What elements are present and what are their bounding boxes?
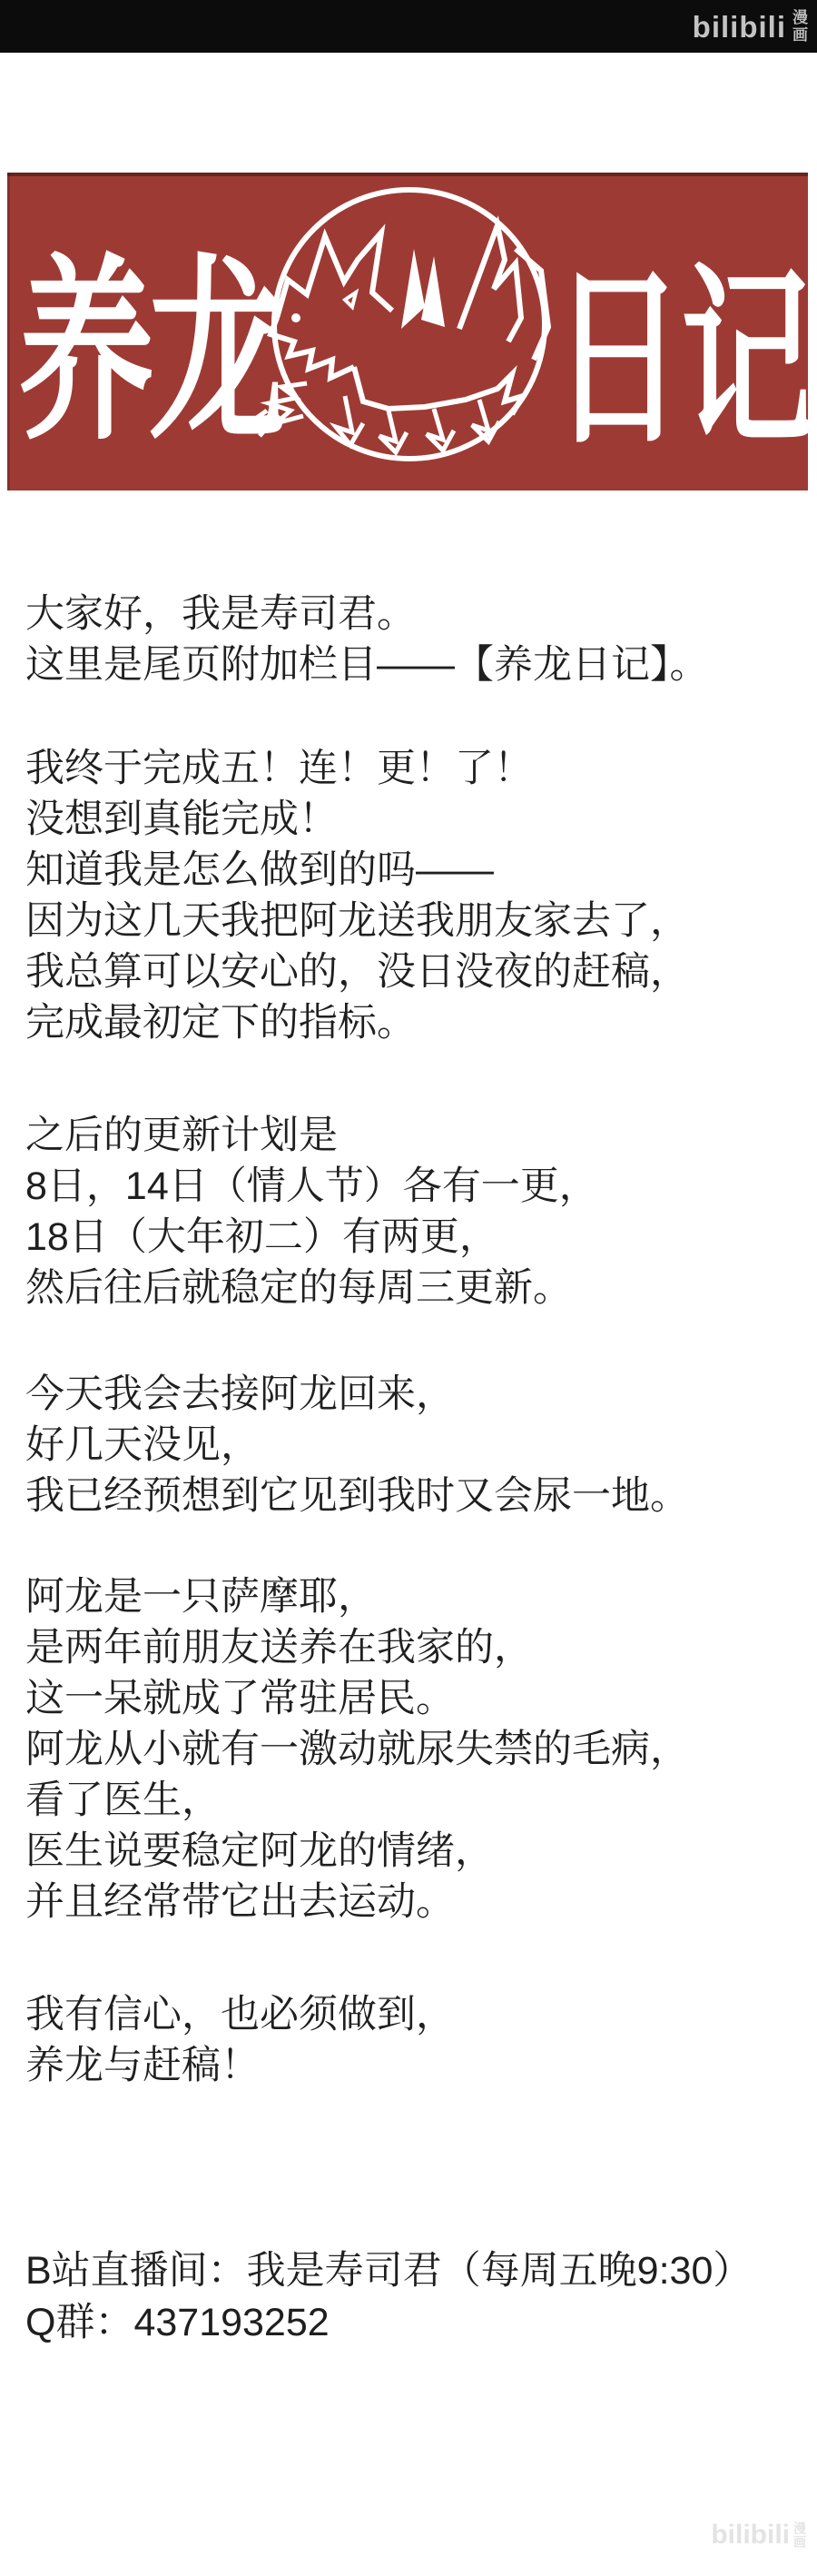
manga-logo-text: 漫画 xyxy=(791,9,806,44)
manga-end-page: bilibili 漫画 xyxy=(0,0,817,2576)
banner-title-right: 日记 xyxy=(552,263,810,456)
banner-title-left: 养龙 xyxy=(18,253,280,451)
live-room-info: B站直播间：我是寿司君（每周五晚9:30） xyxy=(25,2245,797,2296)
bilibili-manga-watermark: bilibili 漫画 xyxy=(711,2522,806,2549)
paragraph-pickup-dog: 今天我会去接阿龙回来， 好几天没见， 我已经预想到它见到我时又会尿一地。 xyxy=(25,1369,797,1521)
paragraph-about-along: 阿龙是一只萨摩耶， 是两年前朋友送养在我家的， 这一呆就成了常驻居民。 阿龙从小… xyxy=(25,1571,797,1927)
qq-group-info: Q群：437193252 xyxy=(25,2297,797,2348)
paragraph-five-updates: 我终于完成五！连！更！了！ 没想到真能完成！ 知道我是怎么做到的吗—— 因为这几… xyxy=(25,743,797,1048)
paragraph-confidence: 我有信心，也必须做到， 养龙与赶稿！ xyxy=(25,1989,797,2091)
bilibili-logo-text: bilibili xyxy=(693,12,786,42)
series-banner: 养龙 日记 xyxy=(7,173,808,490)
watermark-bilibili-text: bilibili xyxy=(711,2522,790,2549)
header-bar: bilibili 漫画 xyxy=(0,0,817,53)
paragraph-update-plan: 之后的更新计划是 8日，14日（情人节）各有一更， 18日（大年初二）有两更， … xyxy=(25,1110,797,1313)
watermark-manga-text: 漫画 xyxy=(793,2522,806,2549)
paragraph-greeting: 大家好，我是寿司君。 这里是尾页附加栏目——【养龙日记】。 xyxy=(25,589,797,690)
bilibili-manga-logo: bilibili 漫画 xyxy=(693,9,806,44)
